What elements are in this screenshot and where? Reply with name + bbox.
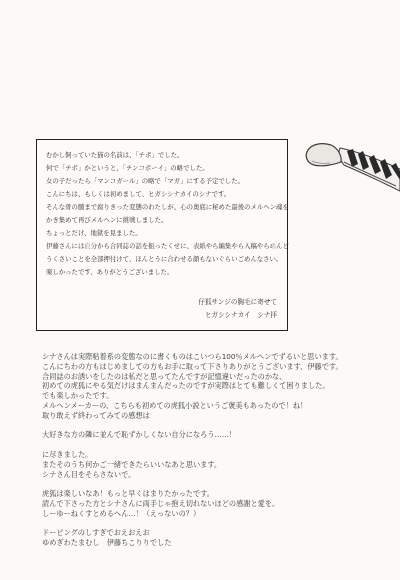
text-line [42, 519, 382, 529]
text-line: しーゆーねくすとめるへん…！（えっないの？） [42, 509, 382, 519]
scan-speck [86, 243, 90, 249]
text-line: 女の子だったら「マンコガール」の略で「マガ」にする予定でした。 [46, 175, 278, 188]
text-line [42, 479, 382, 489]
text-line: に尽きました。 [42, 450, 382, 460]
text-line: 何で「チボ」かというと、「チンコボーイ」の略でした。 [46, 162, 278, 175]
text-line: うくさいことを全部押付けて、ほんとうに合わせる顔もないぐらいごめんなさい。 [46, 253, 278, 266]
text-line [42, 421, 382, 431]
afterword-text: シナさんは実際粘着系の変態なのに書くものはこいつら100％メルヘンでずるいと思い… [42, 352, 382, 548]
text-line: ゆめぎわたまむし 伊藤ちこりりでした [42, 538, 382, 548]
text-line: メルヘンメーカーの、こちらも初めての虎狐小説というご褒美もあったので！ね！ [42, 401, 382, 411]
tiger-paw-icon [300, 134, 400, 192]
text-line: ドーピングのしすぎでおえおえお [42, 528, 382, 538]
text-line: かき集めて再びメルヘンに挑戦しました。 [46, 214, 278, 227]
signature-author: ヒガシシナカイ シナ拝 [198, 309, 277, 322]
text-line: ちょっとだけ、地獄を見ました。 [46, 227, 278, 240]
text-line: またそのうち何かご一緒できたらいいなあと思います。 [42, 460, 382, 470]
text-line: こんにちは、もしくは初めまして、ヒガシシナカイのシナです。 [46, 188, 278, 201]
signature-dedication: 仔狐サンジの胸毛に寄せて [198, 296, 277, 309]
text-line: シナさんは実際粘着系の変態なのに書くものはこいつら100％メルヘンでずるいと思い… [42, 352, 382, 362]
text-line: 取り敢えず終わってみての感想は [42, 411, 382, 421]
scan-speck [272, 243, 276, 249]
text-line: 大好きな方の隣に並んで恥ずかしくない自分になろう……！ [42, 430, 382, 440]
letter-box: むかし飼っていた猫の名前は、「チボ」でした。何で「チボ」かというと、「チンコボー… [36, 139, 288, 331]
text-line: こんにちわの方もはじめましての方もお手に取って下さりありがとうございます、伊藤で… [42, 362, 382, 372]
text-line: そんな骨の髄まで腐りきった変態のわたしが、心の奥底に秘めた最後のメルヘン魂を [46, 201, 278, 214]
text-line: 読んで下さった方とシナさんに両手じゃ抱え切れないほどの感謝と愛を。 [42, 499, 382, 509]
text-line: 伊藤さんには自分から合同誌の話を振ったくせに、表紙やら編集やら入稿やらめんど [46, 240, 278, 253]
text-line: 初めての虎狐にやる気だけはまんまんだったのですが実際はとても難しくて困りました。 [42, 381, 382, 391]
text-line: 楽しかったです、ありがとうございました。 [46, 266, 278, 279]
text-line: むかし飼っていた猫の名前は、「チボ」でした。 [46, 149, 278, 162]
text-line [42, 440, 382, 450]
letter-text: むかし飼っていた猫の名前は、「チボ」でした。何で「チボ」かというと、「チンコボー… [46, 149, 278, 279]
letter-signature: 仔狐サンジの胸毛に寄せて ヒガシシナカイ シナ拝 [198, 296, 277, 322]
text-line: でも楽しかったです。 [42, 391, 382, 401]
text-line: 虎狐は楽しいなあ！もっと早くはまりたかったです。 [42, 489, 382, 499]
text-line: 合同誌のお誘いをしたのは私だと思ってたんですが記憶違いだったのかな、 [42, 372, 382, 382]
scanned-afterword-page: むかし飼っていた猫の名前は、「チボ」でした。何で「チボ」かというと、「チンコボー… [0, 0, 400, 580]
text-line: シナさん目をそらさないで。 [42, 470, 382, 480]
